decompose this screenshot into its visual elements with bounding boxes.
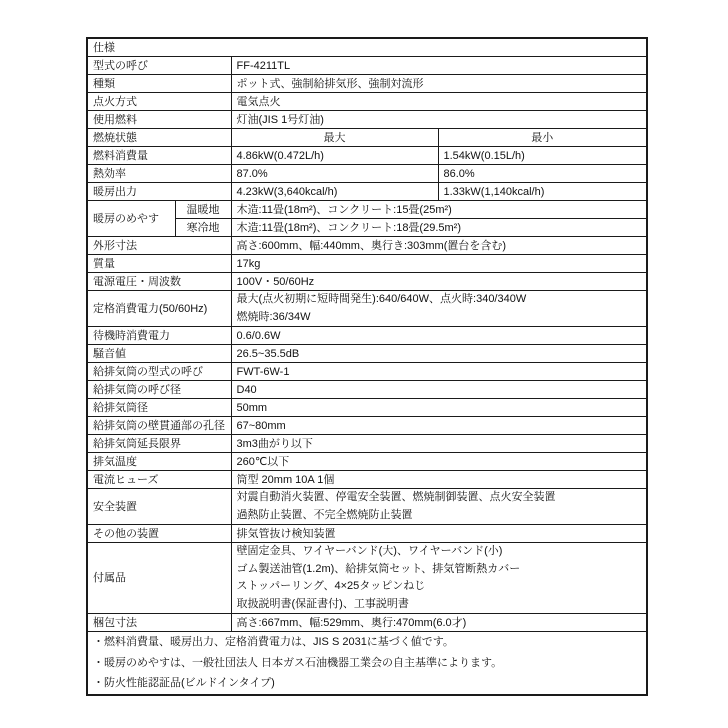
row-value-other-devices: 排気管抜け検知装置: [231, 525, 647, 543]
table-row-wall-hole-dia: 給排気筒の壁貫通部の孔径 67~80mm: [87, 417, 647, 435]
row-label-wall-hole-dia: 給排気筒の壁貫通部の孔径: [87, 417, 231, 435]
row-value-rated-power: 最大(点火初期に短時間発生):640/640W、点火時:340/340W 燃焼時…: [231, 291, 647, 327]
table-row-fuel: 使用燃料 灯油(JIS 1号灯油): [87, 111, 647, 129]
row-value-standby-power: 0.6/0.6W: [231, 327, 647, 345]
row-value-kind: ポット式、強制給排気形、強制対流形: [231, 75, 647, 93]
row-value-packing-dimensions: 高さ:667mm、幅:529mm、奥行:470mm(6.0才): [231, 614, 647, 632]
row-value-flue-dia: 50mm: [231, 399, 647, 417]
row-label-thermal-efficiency: 熱効率: [87, 165, 231, 183]
sub-label-warm-region: 温暖地: [175, 201, 231, 219]
table-row-flue-model: 給排気筒の型式の呼び FWT-6W-1: [87, 363, 647, 381]
table-row-exhaust-temp: 排気温度 260℃以下: [87, 453, 647, 471]
table-row-ignition: 点火方式 電気点火: [87, 93, 647, 111]
row-value-wall-hole-dia: 67~80mm: [231, 417, 647, 435]
row-label-flue-dia: 給排気筒径: [87, 399, 231, 417]
row-label-flue-nominal-dia: 給排気筒の呼び径: [87, 381, 231, 399]
row-label-safety-devices: 安全装置: [87, 489, 231, 525]
row-value-outer-dimensions: 高さ:600mm、幅:440mm、奥行き:303mm(置台を含む): [231, 237, 647, 255]
row-value-flue-nominal-dia: D40: [231, 381, 647, 399]
row-label-combustion-state: 燃焼状態: [87, 129, 231, 147]
rated-power-line-1: 最大(点火初期に短時間発生):640/640W、点火時:340/340W: [237, 291, 642, 309]
row-label-heating-guide: 暖房のめやす: [87, 201, 175, 237]
row-label-fuel-consumption: 燃料消費量: [87, 147, 231, 165]
note-line-2: ・暖房のめやすは、一般社団法人 日本ガス石油機器工業会の自主基準によります。: [93, 653, 641, 674]
accessories-line-4: 取扱説明書(保証書付)、工事説明書: [237, 596, 642, 614]
row-label-standby-power: 待機時消費電力: [87, 327, 231, 345]
note-line-1: ・燃料消費量、暖房出力、定格消費電力は、JIS S 2031に基づく値です。: [93, 632, 641, 653]
row-label-model: 型式の呼び: [87, 57, 231, 75]
row-label-rated-power: 定格消費電力(50/60Hz): [87, 291, 231, 327]
table-title-row: 仕様: [87, 38, 647, 57]
row-label-heating-output: 暖房出力: [87, 183, 231, 201]
accessories-line-2: ゴム製送油管(1.2m)、給排気筒セット、排気管断熱カバー: [237, 561, 642, 579]
table-row-flue-nominal-dia: 給排気筒の呼び径 D40: [87, 381, 647, 399]
table-row-weight: 質量 17kg: [87, 255, 647, 273]
row-value-ignition: 電気点火: [231, 93, 647, 111]
table-row-fuel-consumption: 燃料消費量 4.86kW(0.472L/h) 1.54kW(0.15L/h): [87, 147, 647, 165]
row-label-weight: 質量: [87, 255, 231, 273]
table-row-standby-power: 待機時消費電力 0.6/0.6W: [87, 327, 647, 345]
row-value-heating-output-min: 1.33kW(1,140kcal/h): [438, 183, 647, 201]
table-row-rated-power: 定格消費電力(50/60Hz) 最大(点火初期に短時間発生):640/640W、…: [87, 291, 647, 327]
table-row-combustion-state: 燃焼状態 最大 最小: [87, 129, 647, 147]
row-value-flue-extension: 3m3曲がり以下: [231, 435, 647, 453]
table-row-heating-output: 暖房出力 4.23kW(3,640kcal/h) 1.33kW(1,140kca…: [87, 183, 647, 201]
row-value-safety-devices: 対震自動消火装置、停電安全装置、燃焼制御装置、点火安全装置 過熱防止装置、不完全…: [231, 489, 647, 525]
rated-power-line-2: 燃焼時:36/34W: [237, 309, 642, 327]
row-label-accessories: 付属品: [87, 543, 231, 614]
sub-label-cold-region: 寒冷地: [175, 219, 231, 237]
row-value-fuel-consumption-min: 1.54kW(0.15L/h): [438, 147, 647, 165]
row-value-fuel-consumption-max: 4.86kW(0.472L/h): [231, 147, 438, 165]
table-row-power-supply: 電源電圧・周波数 100V・50/60Hz: [87, 273, 647, 291]
row-value-exhaust-temp: 260℃以下: [231, 453, 647, 471]
row-value-fuse: 筒型 20mm 10A 1個: [231, 471, 647, 489]
row-label-kind: 種類: [87, 75, 231, 93]
table-row-fuse: 電流ヒューズ 筒型 20mm 10A 1個: [87, 471, 647, 489]
row-label-noise-level: 騒音値: [87, 345, 231, 363]
table-row-flue-dia: 給排気筒径 50mm: [87, 399, 647, 417]
spec-table: 仕様 型式の呼び FF-4211TL 種類 ポット式、強制給排気形、強制対流形 …: [86, 37, 648, 696]
row-label-flue-extension: 給排気筒延長限界: [87, 435, 231, 453]
row-value-noise-level: 26.5~35.5dB: [231, 345, 647, 363]
accessories-line-1: 壁固定金具、ワイヤーバンド(大)、ワイヤーバンド(小): [237, 543, 642, 561]
row-value-heating-output-max: 4.23kW(3,640kcal/h): [231, 183, 438, 201]
row-value-thermal-efficiency-max: 87.0%: [231, 165, 438, 183]
row-label-outer-dimensions: 外形寸法: [87, 237, 231, 255]
row-value-weight: 17kg: [231, 255, 647, 273]
row-value-fuel: 灯油(JIS 1号灯油): [231, 111, 647, 129]
table-row-flue-extension: 給排気筒延長限界 3m3曲がり以下: [87, 435, 647, 453]
row-label-ignition: 点火方式: [87, 93, 231, 111]
row-label-exhaust-temp: 排気温度: [87, 453, 231, 471]
page-title: 仕様: [87, 38, 647, 57]
table-row-accessories: 付属品 壁固定金具、ワイヤーバンド(大)、ワイヤーバンド(小) ゴム製送油管(1…: [87, 543, 647, 614]
table-row-noise-level: 騒音値 26.5~35.5dB: [87, 345, 647, 363]
row-label-flue-model: 給排気筒の型式の呼び: [87, 363, 231, 381]
column-header-max: 最大: [231, 129, 438, 147]
row-value-heating-guide-cold: 木造:11畳(18m²)、コンクリート:18畳(29.5m²): [231, 219, 647, 237]
row-value-power-supply: 100V・50/60Hz: [231, 273, 647, 291]
table-row-thermal-efficiency: 熱効率 87.0% 86.0%: [87, 165, 647, 183]
table-row-kind: 種類 ポット式、強制給排気形、強制対流形: [87, 75, 647, 93]
notes-section: ・燃料消費量、暖房出力、定格消費電力は、JIS S 2031に基づく値です。 ・…: [87, 632, 647, 695]
safety-devices-line-1: 対震自動消火装置、停電安全装置、燃焼制御装置、点火安全装置: [237, 489, 642, 507]
safety-devices-line-2: 過熱防止装置、不完全燃焼防止装置: [237, 507, 642, 525]
spec-sheet: 仕様 型式の呼び FF-4211TL 種類 ポット式、強制給排気形、強制対流形 …: [0, 0, 728, 728]
table-row-outer-dimensions: 外形寸法 高さ:600mm、幅:440mm、奥行き:303mm(置台を含む): [87, 237, 647, 255]
row-label-power-supply: 電源電圧・周波数: [87, 273, 231, 291]
row-label-fuel: 使用燃料: [87, 111, 231, 129]
column-header-min: 最小: [438, 129, 647, 147]
table-row-packing-dimensions: 梱包寸法 高さ:667mm、幅:529mm、奥行:470mm(6.0才): [87, 614, 647, 632]
table-row-safety-devices: 安全装置 対震自動消火装置、停電安全装置、燃焼制御装置、点火安全装置 過熱防止装…: [87, 489, 647, 525]
table-row-model: 型式の呼び FF-4211TL: [87, 57, 647, 75]
table-row-heating-guide-warm: 暖房のめやす 温暖地 木造:11畳(18m²)、コンクリート:15畳(25m²): [87, 201, 647, 219]
row-label-other-devices: その他の装置: [87, 525, 231, 543]
table-row-notes: ・燃料消費量、暖房出力、定格消費電力は、JIS S 2031に基づく値です。 ・…: [87, 632, 647, 695]
row-value-accessories: 壁固定金具、ワイヤーバンド(大)、ワイヤーバンド(小) ゴム製送油管(1.2m)…: [231, 543, 647, 614]
row-value-thermal-efficiency-min: 86.0%: [438, 165, 647, 183]
row-label-packing-dimensions: 梱包寸法: [87, 614, 231, 632]
row-value-model: FF-4211TL: [231, 57, 647, 75]
row-value-flue-model: FWT-6W-1: [231, 363, 647, 381]
note-line-3: ・防火性能認証品(ビルドインタイプ): [93, 673, 641, 694]
table-row-other-devices: その他の装置 排気管抜け検知装置: [87, 525, 647, 543]
row-value-heating-guide-warm: 木造:11畳(18m²)、コンクリート:15畳(25m²): [231, 201, 647, 219]
row-label-fuse: 電流ヒューズ: [87, 471, 231, 489]
accessories-line-3: ストッパーリング、4×25タッピンねじ: [237, 578, 642, 596]
